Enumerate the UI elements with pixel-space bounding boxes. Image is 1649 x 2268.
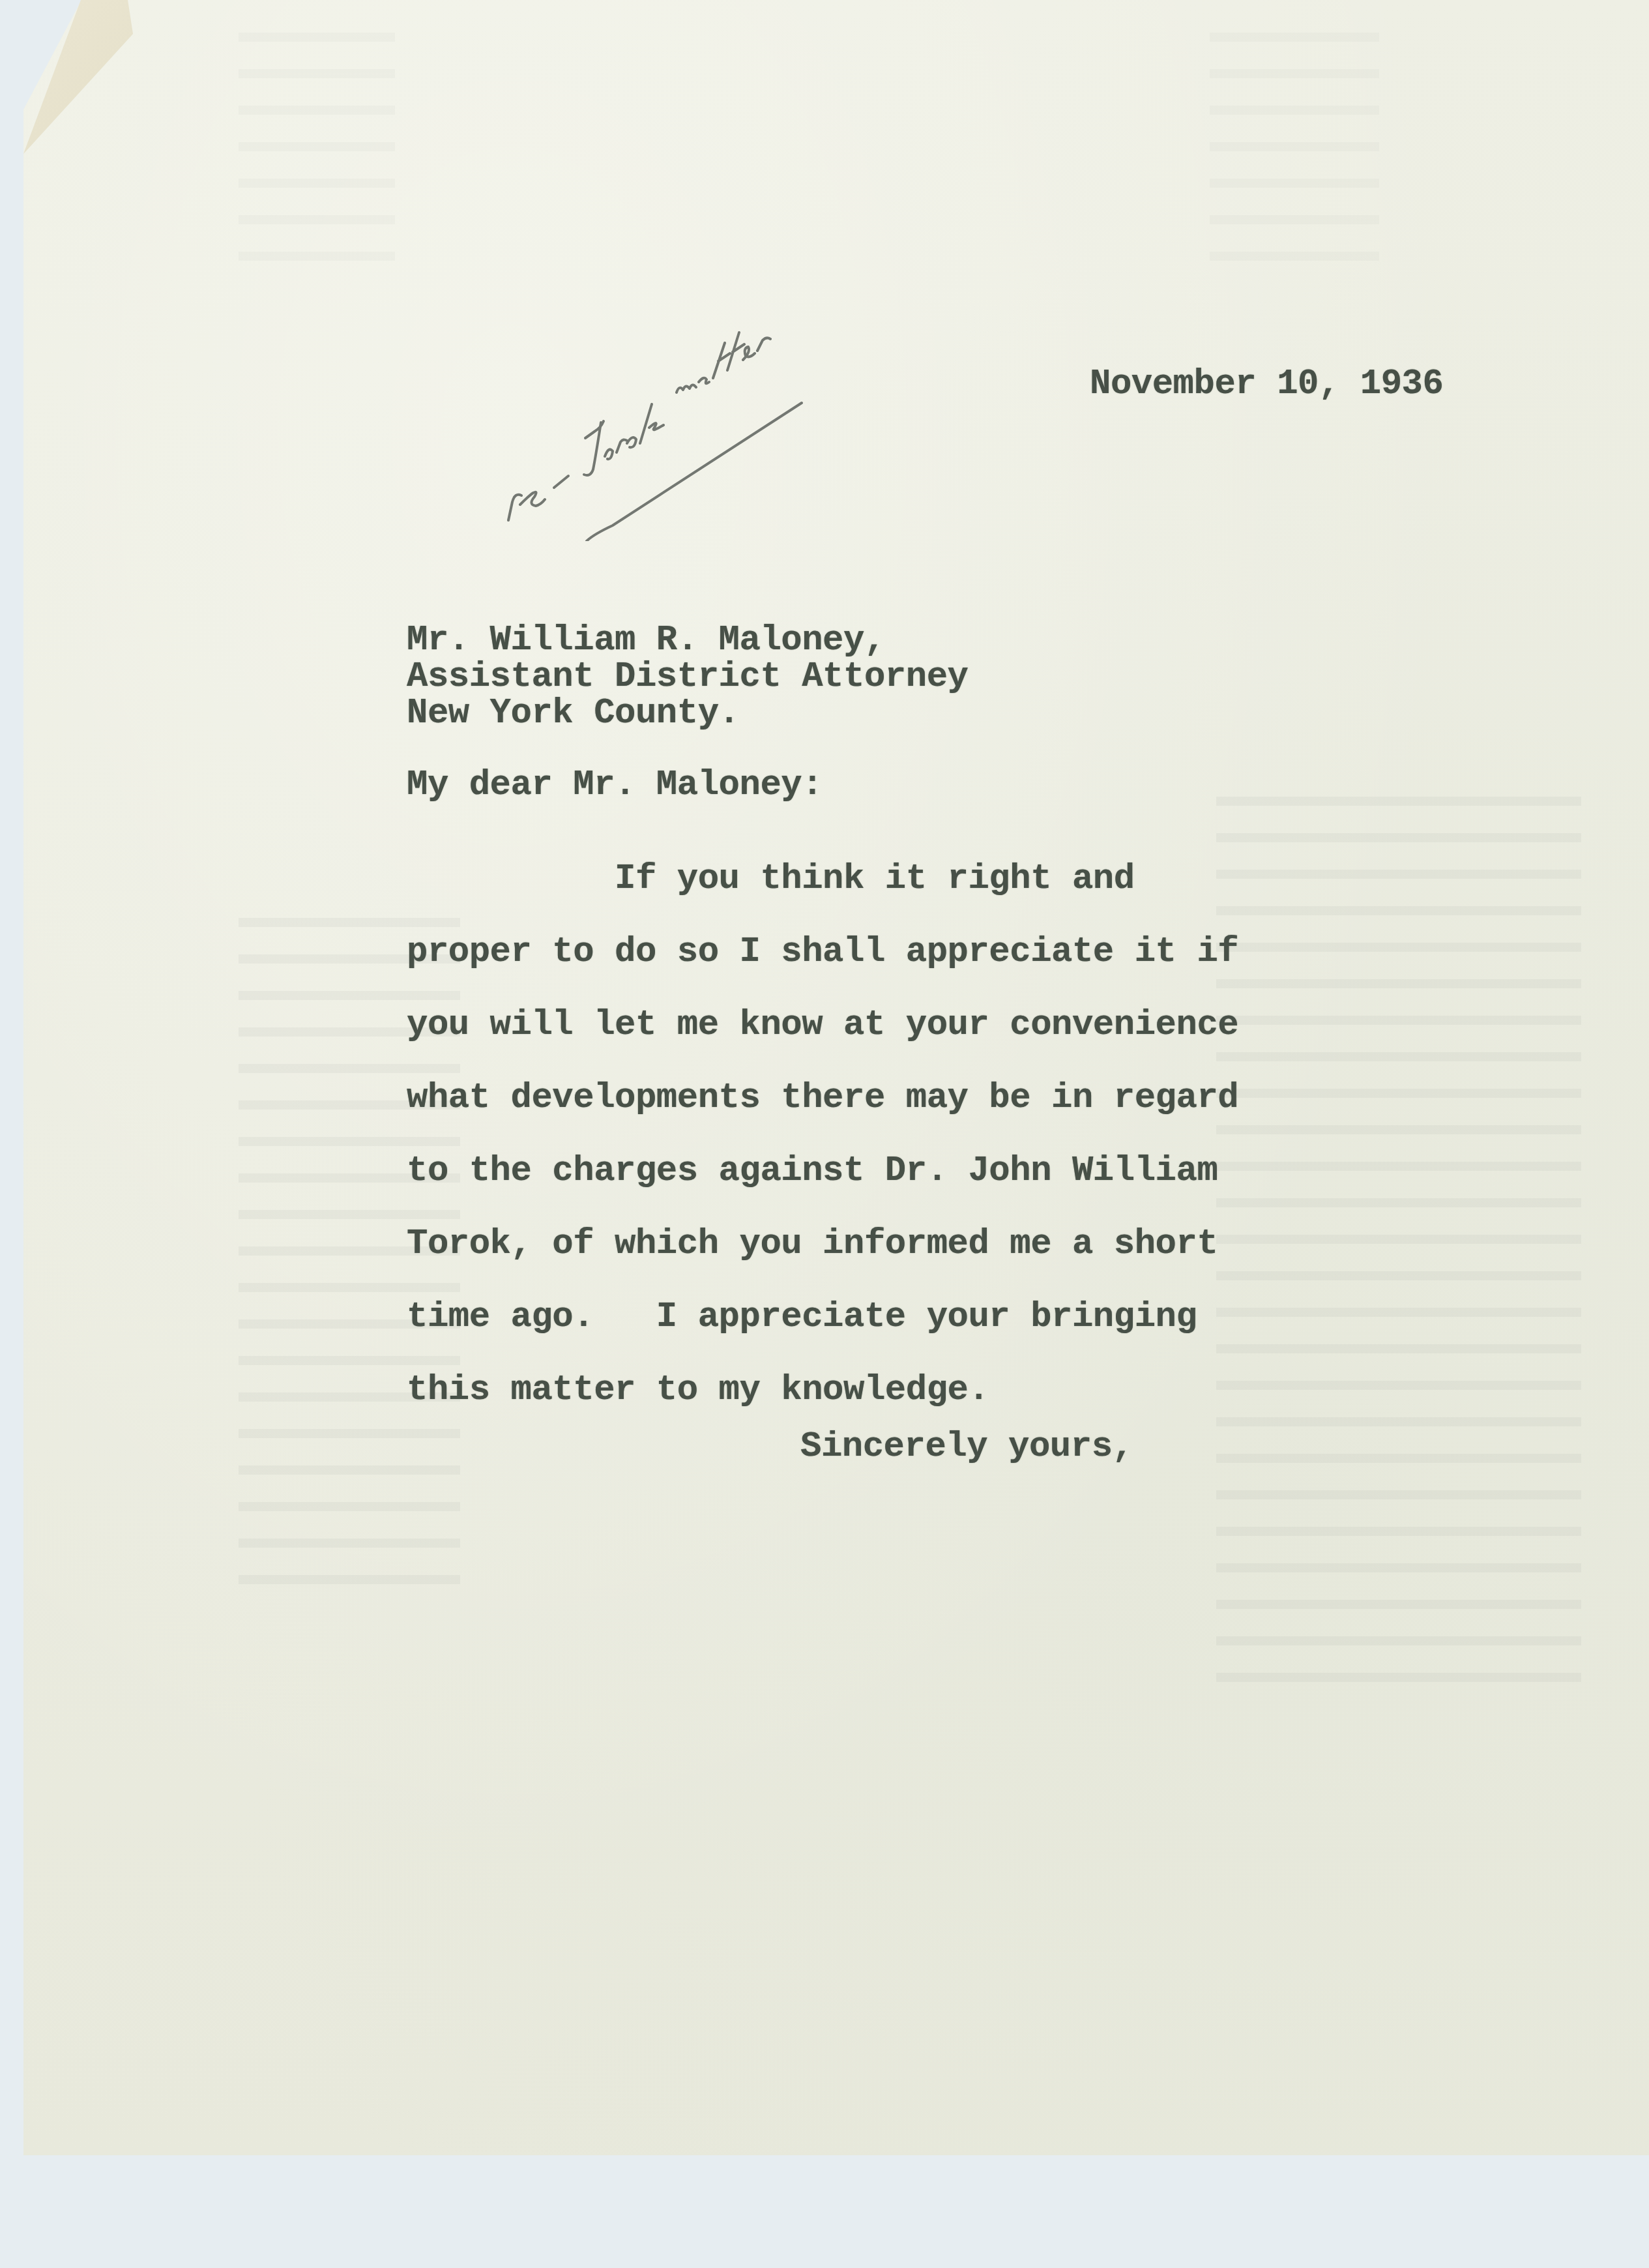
handwritten-annotation [456,280,821,541]
body-line: this matter to my knowledge. [407,1354,1238,1427]
recipient-address-block: Mr. William R. Maloney,Assistant Distric… [407,623,968,732]
body-line: what developments there may be in regard [407,1062,1238,1135]
letter-date: November 10, 1936 [1090,366,1443,403]
body-line: Torok, of which you informed me a short [407,1208,1238,1281]
recipient-county: New York County. [407,696,968,732]
salutation: My dear Mr. Maloney: [407,767,823,804]
body-line: to the charges against Dr. John William [407,1135,1238,1208]
body-line: proper to do so I shall appreciate it if [407,916,1238,989]
body-line: time ago. I appreciate your bringing [407,1281,1238,1354]
recipient-name: Mr. William R. Maloney, [407,623,968,659]
body-line: you will let me know at your convenience [407,989,1238,1062]
bleed-through-top-left [239,26,395,261]
letter-body: If you think it right andproper to do so… [407,843,1238,1427]
bleed-through-right [1216,769,1581,1682]
body-line: If you think it right and [407,843,1238,916]
complimentary-close: Sincerely yours, [800,1429,1133,1465]
recipient-title: Assistant District Attorney [407,659,968,696]
bleed-through-top-right [1210,26,1379,261]
